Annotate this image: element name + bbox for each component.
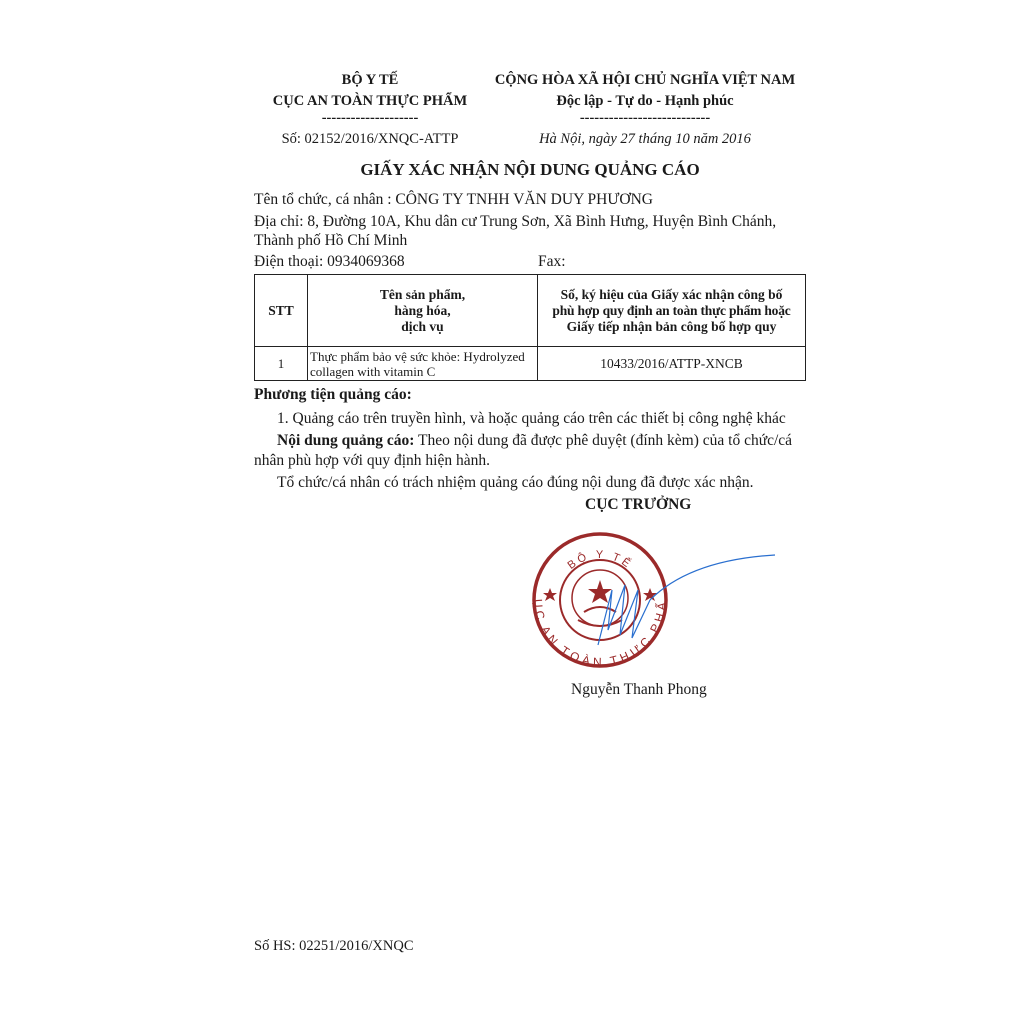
media-heading: Phương tiện quảng cáo: <box>254 386 412 404</box>
table-row: 1 Thực phẩm bảo vệ sức khỏe: Hydrolyzed … <box>255 347 806 381</box>
header-left-divider: -------------------- <box>250 110 490 127</box>
nation-title: CỘNG HÒA XÃ HỘI CHỦ NGHĨA VIỆT NAM <box>480 72 810 89</box>
product-table: STT Tên sản phẩm, hàng hóa, dịch vụ Số, … <box>254 274 806 381</box>
header-stt: STT <box>255 275 308 347</box>
row-certificate-number: 10433/2016/ATTP-XNCB <box>538 347 806 381</box>
organization-address-line2: Thành phố Hồ Chí Minh <box>254 232 407 250</box>
header-right-divider: --------------------------- <box>480 110 810 127</box>
content-line2: nhân phù hợp với quy định hiện hành. <box>254 452 490 470</box>
signature-scribble <box>570 550 790 660</box>
ministry-name: BỘ Y TẾ <box>250 72 490 89</box>
content-label: Nội dung quảng cáo: <box>277 432 414 449</box>
organization-fax: Fax: <box>538 253 566 271</box>
file-number: Số HS: 02251/2016/XNQC <box>254 938 414 955</box>
department-name: CỤC AN TOÀN THỰC PHẨM <box>250 93 490 110</box>
organization-name: Tên tổ chức, cá nhân : CÔNG TY TNHH VĂN … <box>254 191 653 209</box>
signatory-name: Nguyễn Thanh Phong <box>571 681 707 699</box>
header-certificate: Số, ký hiệu của Giấy xác nhận công bố ph… <box>538 275 806 347</box>
content-line1: Nội dung quảng cáo: Theo nội dung đã đượ… <box>277 432 792 450</box>
signatory-role: CỤC TRƯỞNG <box>585 496 691 514</box>
table-header-row: STT Tên sản phẩm, hàng hóa, dịch vụ Số, … <box>255 275 806 347</box>
national-motto: Độc lập - Tự do - Hạnh phúc <box>480 93 810 110</box>
responsibility-statement: Tổ chức/cá nhân có trách nhiệm quảng cáo… <box>277 474 754 492</box>
row-product: Thực phẩm bảo vệ sức khỏe: Hydrolyzed co… <box>308 347 538 381</box>
row-stt: 1 <box>255 347 308 381</box>
media-item-1: 1. Quảng cáo trên truyền hình, và hoặc q… <box>277 410 786 428</box>
place-date: Hà Nội, ngày 27 tháng 10 năm 2016 <box>480 131 810 148</box>
document-number: Số: 02152/2016/XNQC-ATTP <box>250 131 490 148</box>
organization-phone: Điện thoại: 0934069368 <box>254 253 405 271</box>
document-title: GIẤY XÁC NHẬN NỘI DUNG QUẢNG CÁO <box>250 160 810 180</box>
header-product: Tên sản phẩm, hàng hóa, dịch vụ <box>308 275 538 347</box>
organization-address-line1: Địa chỉ: 8, Đường 10A, Khu dân cư Trung … <box>254 213 776 231</box>
